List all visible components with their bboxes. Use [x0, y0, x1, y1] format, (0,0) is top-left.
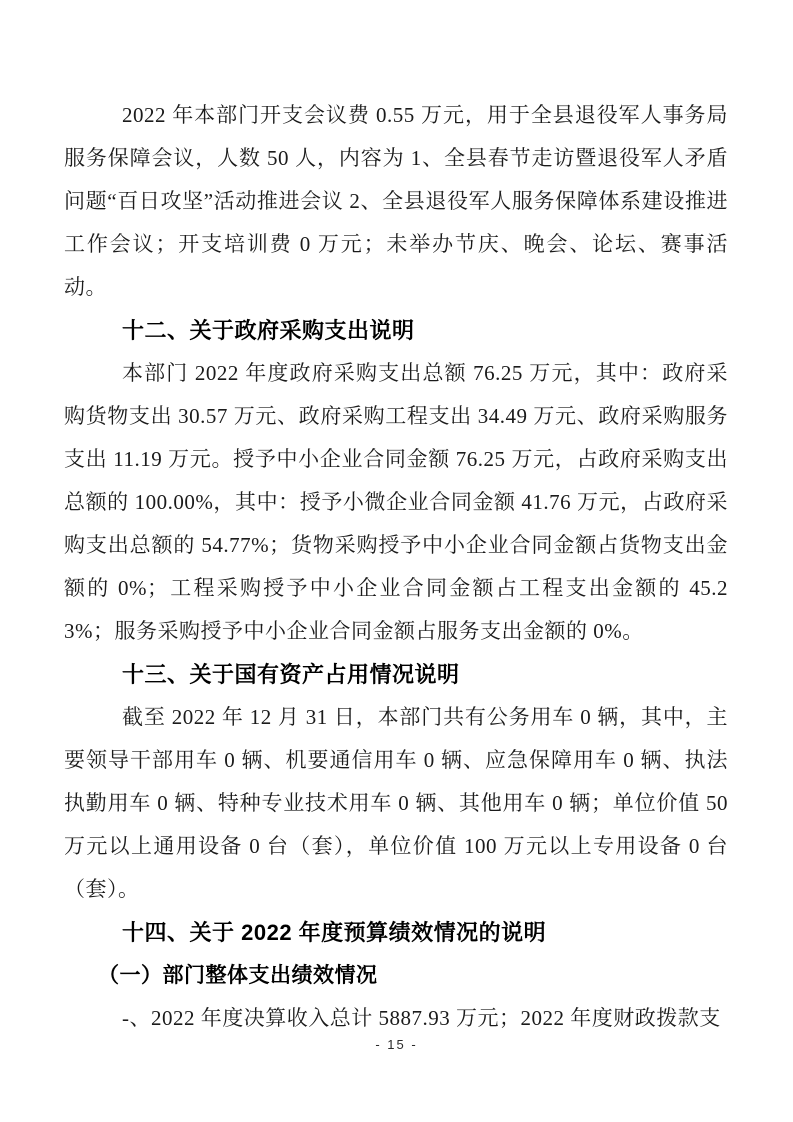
paragraph-state-assets-details: 截至 2022 年 12 月 31 日，本部门共有公务用车 0 辆，其中，主要领… [64, 696, 728, 911]
page-content: 2022 年本部门开支会议费 0.55 万元，用于全县退役军人事务局服务保障会议… [64, 94, 728, 1040]
heading-section-13-state-assets: 十三、关于国有资产占用情况说明 [64, 653, 728, 696]
paragraph-gov-procurement-details: 本部门 2022 年度政府采购支出总额 76.25 万元，其中：政府采购货物支出… [64, 352, 728, 653]
subheading-dept-overall-performance: （一）部门整体支出绩效情况 [64, 954, 728, 997]
paragraph-budget-performance-intro: -、2022 年度决算收入总计 5887.93 万元；2022 年度财政拨款支 [64, 997, 728, 1040]
heading-section-12-gov-procurement: 十二、关于政府采购支出说明 [64, 309, 728, 352]
page-number: - 15 - [0, 1037, 793, 1052]
document-page: 2022 年本部门开支会议费 0.55 万元，用于全县退役军人事务局服务保障会议… [0, 0, 793, 1122]
paragraph-meeting-expenses: 2022 年本部门开支会议费 0.55 万元，用于全县退役军人事务局服务保障会议… [64, 94, 728, 309]
heading-section-14-budget-performance: 十四、关于 2022 年度预算绩效情况的说明 [64, 911, 728, 954]
